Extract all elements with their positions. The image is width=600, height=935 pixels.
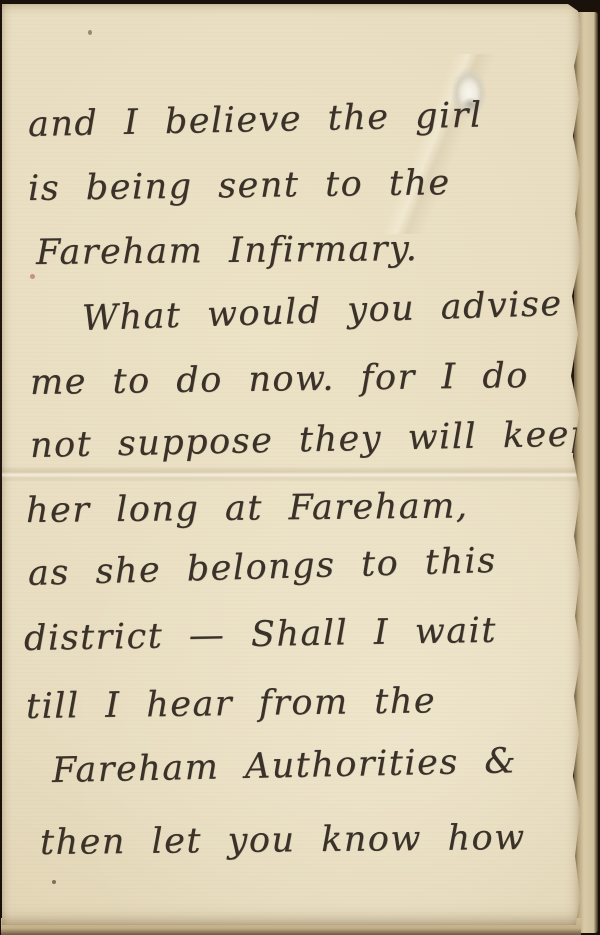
handwritten-line: Fareham Infirmary. <box>36 232 419 271</box>
paper-speck <box>88 30 92 35</box>
handwritten-line: her long at Fareham, <box>26 489 469 529</box>
handwritten-line: till I hear from the <box>26 684 437 725</box>
underlying-page-right-edge <box>574 12 598 933</box>
handwritten-line: and I believe the girl <box>28 98 483 143</box>
diagonal-crease <box>292 54 572 234</box>
fold-crease <box>2 466 582 482</box>
paper-speck <box>30 274 35 279</box>
handwritten-line: is being sent to the <box>28 166 451 207</box>
handwritten-line: district — Shall I wait <box>24 614 497 657</box>
handwritten-line: then let you know how <box>40 821 526 861</box>
handwritten-line: not suppose they will keep <box>30 417 595 464</box>
letter-paper: and I believe the girl is being sent to … <box>2 4 582 925</box>
handwritten-line: me to do now. for I do <box>30 359 529 401</box>
paper-speck <box>52 880 56 884</box>
handwritten-line: What would you advise <box>81 287 563 337</box>
handwritten-line: Fareham Authorities & <box>52 744 518 789</box>
handwritten-line: as she belongs to this <box>28 544 498 592</box>
scanned-letter-page: and I believe the girl is being sent to … <box>0 0 600 935</box>
